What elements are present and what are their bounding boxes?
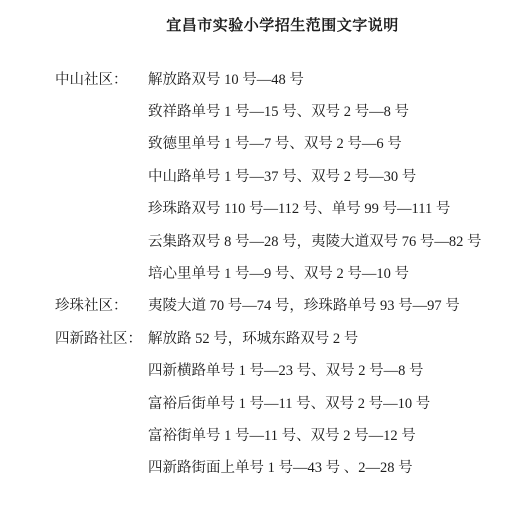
address-line-row: 致祥路单号 1 号—15 号、双号 2 号—8 号 <box>55 94 510 126</box>
address-line-row: 珍珠社区： 夷陵大道 70 号—74 号，珍珠路单号 93 号—97 号 <box>55 289 510 321</box>
address-range-text: 中山路单号 1 号—37 号、双号 2 号—30 号 <box>148 165 510 186</box>
address-line-row: 四新路社区： 解放路 52 号，环城东路双号 2 号 <box>55 321 510 353</box>
address-line-row: 富裕街单号 1 号—11 号、双号 2 号—12 号 <box>55 418 510 450</box>
address-range-text: 培心里单号 1 号—9 号、双号 2 号—10 号 <box>148 262 510 283</box>
address-line-row: 四新横路单号 1 号—23 号、双号 2 号—8 号 <box>55 354 510 386</box>
address-line-row: 云集路双号 8 号—28 号，夷陵大道双号 76 号—82 号 <box>55 224 510 256</box>
address-range-text: 富裕后街单号 1 号—11 号、双号 2 号—10 号 <box>148 392 510 413</box>
community-label: 珍珠社区： <box>55 294 148 315</box>
address-range-text: 四新横路单号 1 号—23 号、双号 2 号—8 号 <box>148 359 510 380</box>
address-range-text: 四新路街面上单号 1 号—43 号 、2—28 号 <box>148 456 510 477</box>
address-range-text: 致德里单号 1 号—7 号、双号 2 号—6 号 <box>148 132 510 153</box>
address-line-row: 中山路单号 1 号—37 号、双号 2 号—30 号 <box>55 159 510 191</box>
address-line-row: 致德里单号 1 号—7 号、双号 2 号—6 号 <box>55 127 510 159</box>
address-range-text: 致祥路单号 1 号—15 号、双号 2 号—8 号 <box>148 100 510 121</box>
address-range-text: 珍珠路双号 110 号—112 号、单号 99 号—111 号 <box>148 197 510 218</box>
community-label: 中山社区： <box>55 68 148 89</box>
document-page: 宜昌市实验小学招生范围文字说明 中山社区： 解放路双号 10 号—48 号 致祥… <box>0 0 518 524</box>
document-title: 宜昌市实验小学招生范围文字说明 <box>55 17 510 36</box>
address-range-text: 解放路 52 号，环城东路双号 2 号 <box>148 327 510 348</box>
address-range-text: 富裕街单号 1 号—11 号、双号 2 号—12 号 <box>148 424 510 445</box>
document-body: 中山社区： 解放路双号 10 号—48 号 致祥路单号 1 号—15 号、双号 … <box>55 62 510 483</box>
address-line-row: 培心里单号 1 号—9 号、双号 2 号—10 号 <box>55 256 510 288</box>
address-line-row: 中山社区： 解放路双号 10 号—48 号 <box>55 62 510 94</box>
address-line-row: 四新路街面上单号 1 号—43 号 、2—28 号 <box>55 451 510 483</box>
address-range-text: 云集路双号 8 号—28 号，夷陵大道双号 76 号—82 号 <box>148 230 510 251</box>
community-label: 四新路社区： <box>55 327 148 348</box>
address-line-row: 富裕后街单号 1 号—11 号、双号 2 号—10 号 <box>55 386 510 418</box>
address-line-row: 珍珠路双号 110 号—112 号、单号 99 号—111 号 <box>55 192 510 224</box>
address-range-text: 夷陵大道 70 号—74 号，珍珠路单号 93 号—97 号 <box>148 294 510 315</box>
address-range-text: 解放路双号 10 号—48 号 <box>148 68 510 89</box>
